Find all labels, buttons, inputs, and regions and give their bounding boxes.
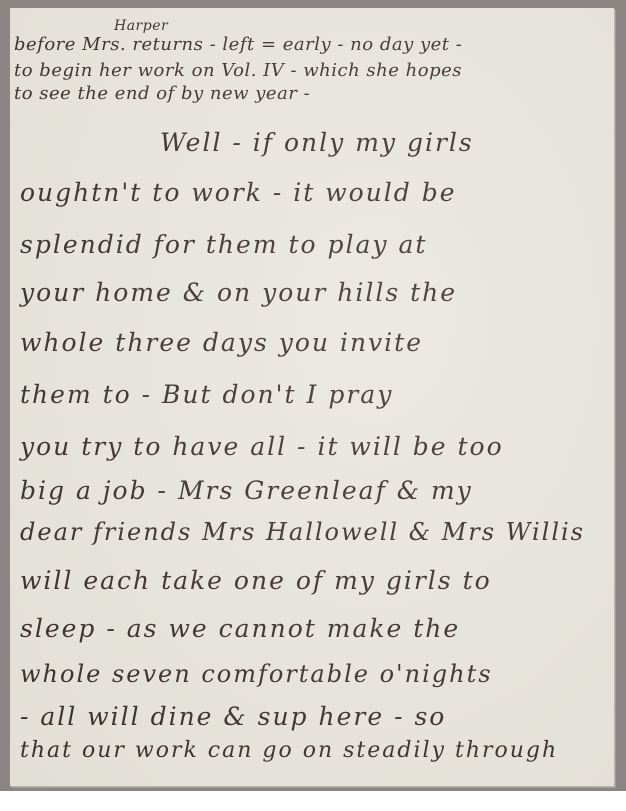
letter-page-closing xyxy=(10,8,614,786)
